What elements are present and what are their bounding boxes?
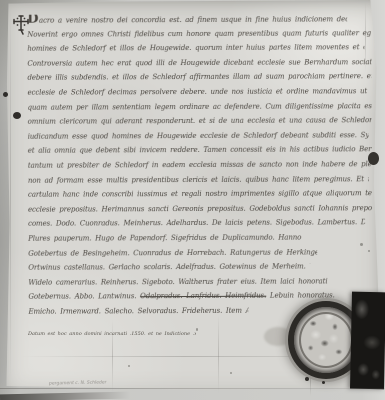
speck [196,328,198,331]
manuscript-line: Gotebertus de Besingeheim. Cuonradus de … [28,247,317,261]
colophon-line: Datum est hoc anno domini incarnati .155… [28,330,196,339]
manuscript-line: Ortwinus castellanus. Gerlacho scolaris.… [28,262,310,276]
dark-stain-patch [350,292,385,390]
manuscript-line: ecclesie de Schledorf decimas persolvere… [28,86,369,100]
archival-pencil-note: pergament c. N. Schleder [49,380,107,387]
speck [360,243,363,246]
manuscript-line: Emicho. Irmenward. Salecho. Selvoradus. … [28,306,248,320]
ink-blot [3,92,8,97]
ink-blot [368,152,379,165]
manuscript-line: et alia omnia que debent sibi invicem re… [28,145,372,160]
decorated-initial: D [27,13,38,26]
speck [128,365,130,367]
speck [368,250,370,252]
manuscript-line: cartulam hanc inde conscribi iussimus et… [28,188,372,203]
manuscript-line: Widelo camerarius. Reinherus. Sigeboto. … [28,276,331,290]
manuscript-line: iudicandum esse quod homines de Hougewid… [28,130,369,144]
ink-blot [13,112,21,119]
manuscript-line: Gotebernus. Abbo. Lantwinus. Odalpradus.… [28,291,338,305]
manuscript-line: quam autem per illam sententiam legem or… [28,101,372,116]
manuscript-line: homines de Schledorf et illos de Hougewi… [27,42,364,56]
manuscript-line: Dacro a venire nostro dei concordia est.… [27,13,347,27]
seal-cord-dot [305,377,309,381]
manuscript-line: Noverint ergo omnes Christi fidelibus cu… [27,28,371,43]
speck [230,372,232,374]
manuscript-line: ecclesie prepositus. Herimannus sancti G… [28,203,372,218]
manuscript-line: tantum ut presbiter de Schledorf in eade… [28,159,372,174]
photo-of-charter: Dacro a venire nostro dei concordia est.… [0,0,385,400]
parchment-bottom-edge [0,388,385,389]
seal-cord-dot [322,381,325,384]
manuscript-line: comes. Dodo. Cuonradus. Meinherus. Adelh… [28,218,365,232]
struck-words: Odalpradus. Lanfridus. Heimfridus. [140,292,266,301]
manuscript-line: Controversia autem hec erat quod illi de… [27,57,371,72]
manuscript-line: Plures pauperum. Hugo de Papendorf. Sige… [28,233,303,247]
manuscript-line: debere illis subdendis. et illos de Schl… [27,72,371,87]
manuscript-line: non ad formam esse multis presidentibus … [28,174,369,188]
manuscript-line: omnium clericorum qui aderant responderu… [28,115,372,130]
